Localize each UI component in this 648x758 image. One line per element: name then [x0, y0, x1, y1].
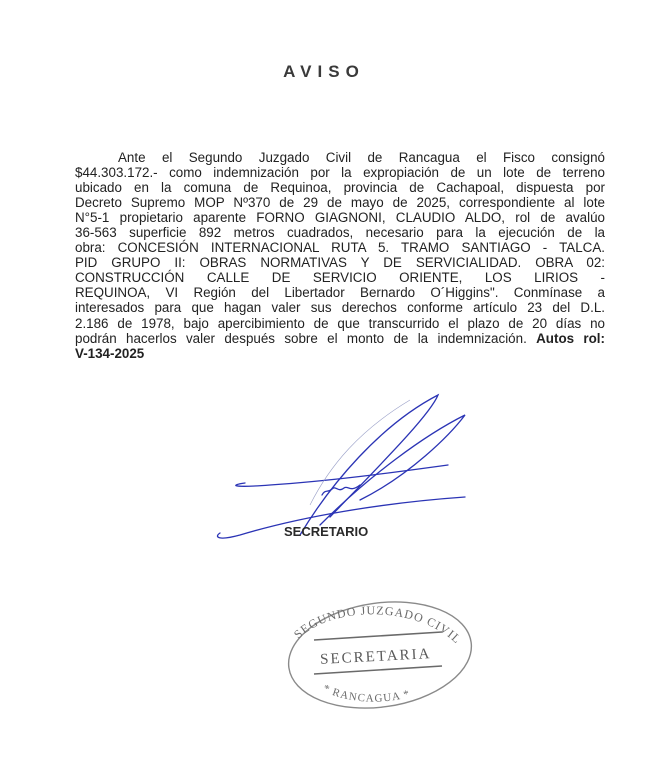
body-line: N°5-1 propietario aparente FORNO GIAGNON… [75, 210, 605, 225]
autos-rol-label: Autos rol: [536, 331, 605, 346]
body-line: REQUINOA, VI Región del Libertador Berna… [75, 285, 605, 300]
body-line: Ante el Segundo Juzgado Civil de Rancagu… [75, 150, 605, 165]
body-line: PID GRUPO II: OBRAS NORMATIVAS Y DE SERV… [75, 255, 605, 270]
body-line-with-rol: podrán hacerlos valer después sobre el m… [75, 331, 605, 346]
court-stamp-icon: SEGUNDO JUZGADO CIVIL SECRETARIA * RANCA… [270, 590, 475, 715]
stamp-center-text: SECRETARIA [320, 646, 432, 668]
body-line: ubicado en la comuna de Requinoa, provin… [75, 180, 605, 195]
body-line: CONSTRUCCIÓN CALLE DE SERVICIO ORIENTE, … [75, 270, 605, 285]
body-line: 36-563 superficie 892 metros cuadrados, … [75, 225, 605, 240]
body-line: obra: CONCESIÓN INTERNACIONAL RUTA 5. TR… [75, 240, 605, 255]
stamp-bottom-text: * RANCAGUA * [321, 682, 411, 704]
document-title: AVISO [0, 62, 648, 82]
autos-rol-value: V-134-2025 [75, 346, 144, 361]
notice-body: Ante el Segundo Juzgado Civil de Rancagu… [75, 150, 605, 361]
body-line: $44.303.172.- como indemnización por la … [75, 165, 605, 180]
body-line: Decreto Supremo MOP Nº370 de 29 de mayo … [75, 195, 605, 210]
signature-title: SECRETARIO [284, 524, 368, 539]
body-line: podrán hacerlos valer después sobre el m… [75, 331, 527, 346]
body-line: interesados para que hagan valer sus der… [75, 300, 605, 315]
svg-text:* RANCAGUA *: * RANCAGUA * [321, 682, 411, 704]
body-line: 2.186 de 1978, bajo apercibimiento de qu… [75, 316, 605, 331]
autos-rol-line: V-134-2025 [75, 346, 605, 361]
